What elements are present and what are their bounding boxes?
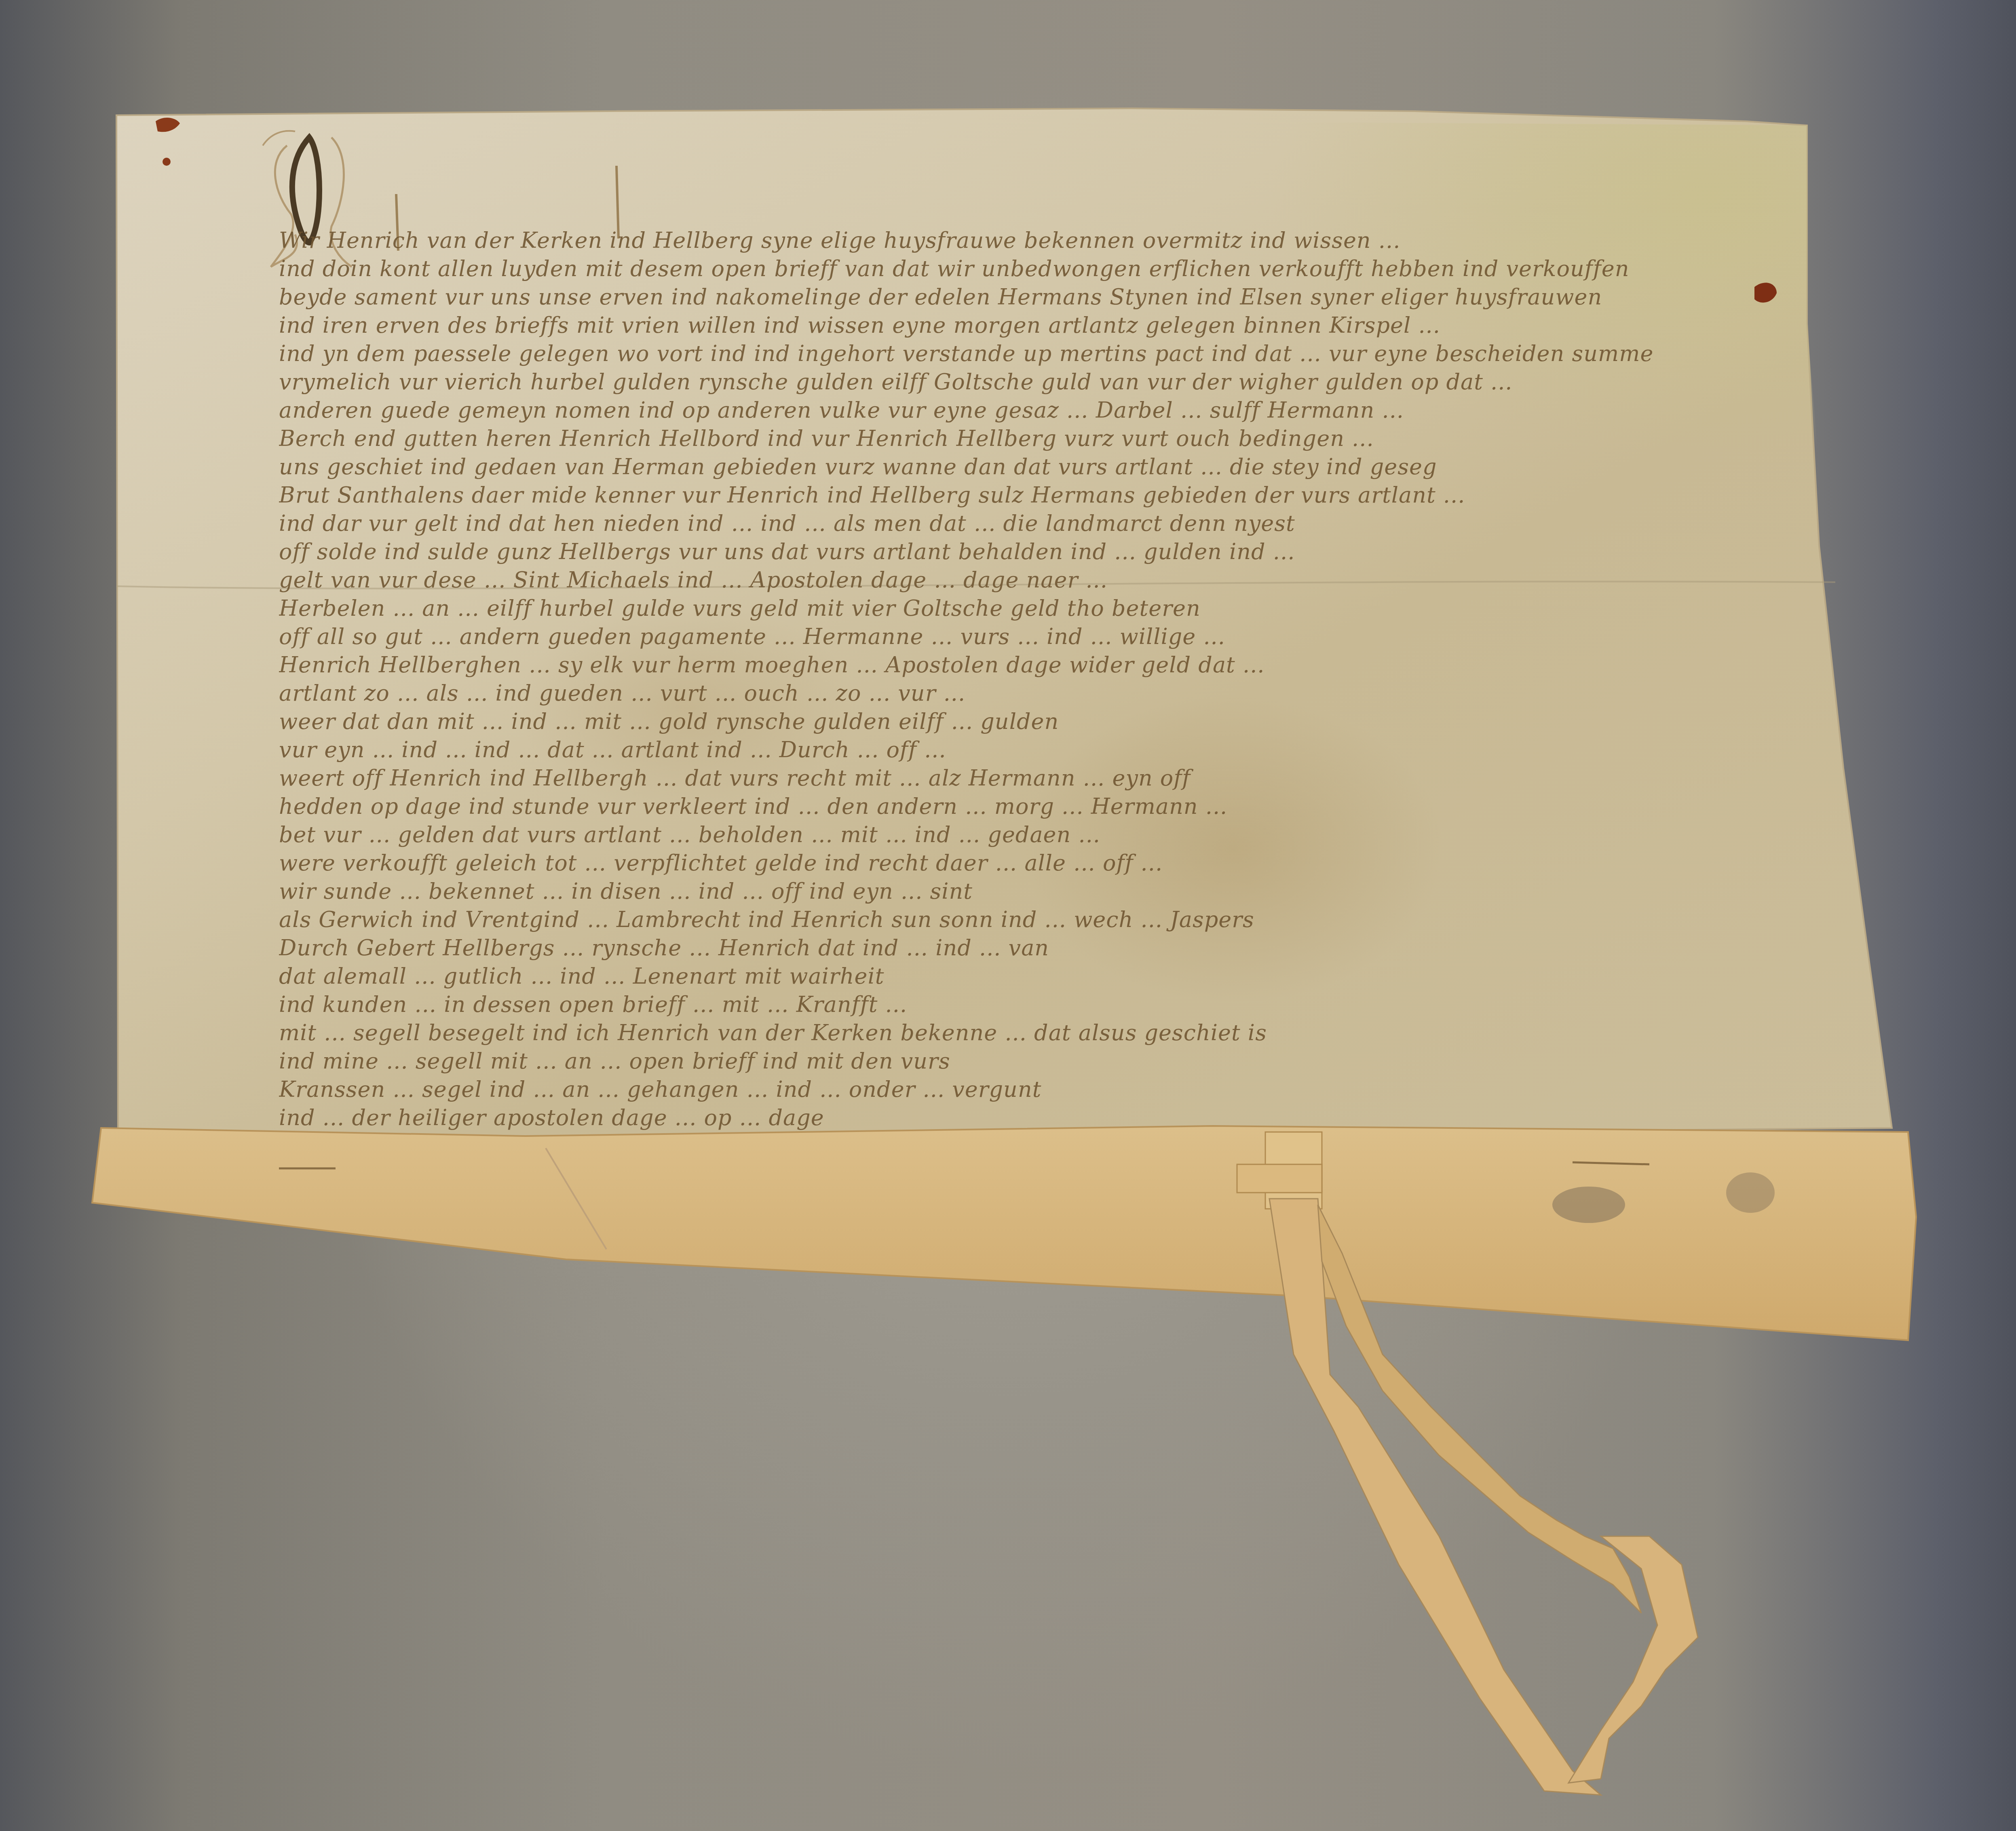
text-line: weer dat dan mit ... ind ... mit ... gol… xyxy=(279,707,1811,736)
text-line: Brut Santhalens daer mide kenner vur Hen… xyxy=(279,481,1811,509)
text-line: ind ... der heiliger apostolen dage ... … xyxy=(279,1104,1811,1132)
plica-fold xyxy=(92,1126,1916,1340)
text-line: Henrich Hellberghen ... sy elk vur herm … xyxy=(279,651,1811,679)
text-line: ind dar vur gelt ind dat hen nieden ind … xyxy=(279,509,1811,538)
text-line: ind iren erven des brieffs mit vrien wil… xyxy=(279,311,1811,340)
text-line: weert off Henrich ind Hellbergh ... dat … xyxy=(279,764,1811,792)
charter-text: Wir Henrich van der Kerken ind Hellberg … xyxy=(279,226,1811,1132)
text-line: als Gerwich ind Vrentgind ... Lambrecht … xyxy=(279,906,1811,934)
text-line: gelt van vur dese ... Sint Michaels ind … xyxy=(279,566,1811,594)
text-line: ind yn dem paessele gelegen wo vort ind … xyxy=(279,340,1811,368)
text-line: Durch Gebert Hellbergs ... rynsche ... H… xyxy=(279,934,1811,962)
text-line: ind mine ... segell mit ... an ... open … xyxy=(279,1047,1811,1075)
wax-dot xyxy=(163,158,171,166)
text-line: vur eyn ... ind ... ind ... dat ... artl… xyxy=(279,736,1811,764)
text-line: ind doin kont allen luyden mit desem ope… xyxy=(279,255,1811,283)
text-line: ind kunden ... in dessen open brieff ...… xyxy=(279,990,1811,1019)
text-line: mit ... segell besegelt ind ich Henrich … xyxy=(279,1019,1811,1047)
text-line: off all so gut ... andern gueden pagamen… xyxy=(279,623,1811,651)
text-line: bet vur ... gelden dat vurs artlant ... … xyxy=(279,821,1811,849)
text-line: wir sunde ... bekennet ... in disen ... … xyxy=(279,877,1811,906)
text-line: off solde ind sulde gunz Hellbergs vur u… xyxy=(279,538,1811,566)
text-line: artlant zo ... als ... ind gueden ... vu… xyxy=(279,679,1811,707)
text-line: dat alemall ... gutlich ... ind ... Lene… xyxy=(279,962,1811,990)
text-line: Berch end gutten heren Henrich Hellbord … xyxy=(279,424,1811,453)
text-line: beyde sament vur uns unse erven ind nako… xyxy=(279,283,1811,311)
text-line: anderen guede gemeyn nomen ind op andere… xyxy=(279,396,1811,424)
text-line: Wir Henrich van der Kerken ind Hellberg … xyxy=(279,226,1811,255)
text-line: were verkoufft geleich tot ... verpflich… xyxy=(279,849,1811,877)
text-line: vrymelich vur vierich hurbel gulden ryns… xyxy=(279,368,1811,396)
text-line: uns geschiet ind gedaen van Herman gebie… xyxy=(279,453,1811,481)
text-line: hedden op dage ind stunde vur verkleert … xyxy=(279,792,1811,821)
text-line: Herbelen ... an ... eilff hurbel gulde v… xyxy=(279,594,1811,623)
text-line: Kranssen ... segel ind ... an ... gehang… xyxy=(279,1075,1811,1104)
